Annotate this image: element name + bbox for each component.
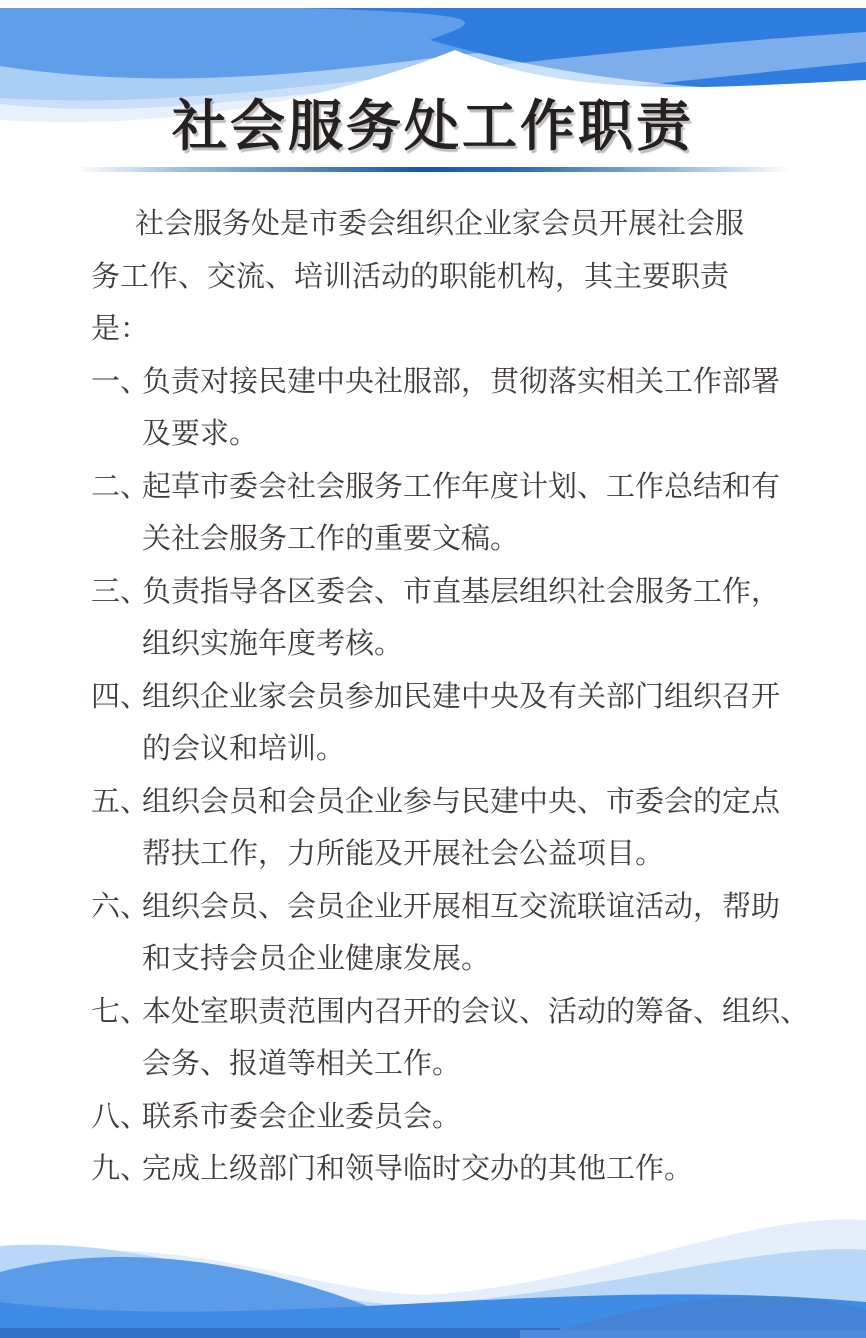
duty-item: 二、 起草市委会社会服务工作年度计划、工作总结和有 关社会服务工作的重要文稿。 <box>91 461 838 566</box>
title-divider <box>75 167 791 172</box>
duty-item-marker: 九、 <box>91 1143 149 1196</box>
duty-item: 九、 完成上级部门和领导临时交办的其他工作。 <box>91 1143 838 1196</box>
duty-item: 四、 组织企业家会员参加民建中央及有关部门组织召开 的会议和培训。 <box>91 671 838 776</box>
duty-item: 六、 组织会员、会员企业开展相互交流联谊活动，帮助 和支持会员企业健康发展。 <box>91 881 838 986</box>
duty-item-marker: 四、 <box>91 671 149 724</box>
duty-item-marker: 七、 <box>91 986 149 1039</box>
duty-item-text: 组织会员和会员企业参与民建中央、市委会的定点 帮扶工作，力所能及开展社会公益项目… <box>142 786 780 871</box>
duty-item-text: 组织企业家会员参加民建中央及有关部门组织召开 的会议和培训。 <box>142 681 780 766</box>
duty-item-text: 联系市委会企业委员会。 <box>142 1101 461 1133</box>
intro-paragraph: 社会服务处是市委会组织企业家会员开展社会服 务工作、交流、培训活动的职能机构，其… <box>91 198 838 356</box>
duty-item-marker: 八、 <box>91 1091 149 1144</box>
duty-poster-page: 社会服务处工作职责 社会服务处是市委会组织企业家会员开展社会服 务工作、交流、培… <box>0 0 866 1338</box>
duty-item-text: 起草市委会社会服务工作年度计划、工作总结和有 关社会服务工作的重要文稿。 <box>142 471 780 556</box>
duty-item: 五、 组织会员和会员企业参与民建中央、市委会的定点 帮扶工作，力所能及开展社会公… <box>91 776 838 881</box>
duty-item: 三、 负责指导各区委会、市直基层组织社会服务工作， 组织实施年度考核。 <box>91 566 838 671</box>
duty-item-text: 负责对接民建中央社服部，贯彻落实相关工作部署 及要求。 <box>142 366 780 451</box>
duty-item-text: 本处室职责范围内召开的会议、活动的筹备、组织、 会务、报道等相关工作。 <box>142 996 809 1081</box>
duty-item: 八、 联系市委会企业委员会。 <box>91 1091 838 1144</box>
duty-item-marker: 三、 <box>91 566 149 619</box>
duty-item-marker: 一、 <box>91 356 149 409</box>
duty-item: 一、 负责对接民建中央社服部，贯彻落实相关工作部署 及要求。 <box>91 356 838 461</box>
duty-item-marker: 五、 <box>91 776 149 829</box>
duty-item-marker: 六、 <box>91 881 149 934</box>
duty-item: 七、 本处室职责范围内召开的会议、活动的筹备、组织、 会务、报道等相关工作。 <box>91 986 838 1091</box>
duty-item-marker: 二、 <box>91 461 149 514</box>
duty-list: 一、 负责对接民建中央社服部，贯彻落实相关工作部署 及要求。 二、 起草市委会社… <box>91 356 838 1196</box>
duty-item-text: 负责指导各区委会、市直基层组织社会服务工作， 组织实施年度考核。 <box>142 576 780 661</box>
footer-wave-decoration <box>0 1180 866 1338</box>
duty-item-text: 组织会员、会员企业开展相互交流联谊活动，帮助 和支持会员企业健康发展。 <box>142 891 780 976</box>
duty-item-text: 完成上级部门和领导临时交办的其他工作。 <box>142 1153 693 1185</box>
content-area: 社会服务处是市委会组织企业家会员开展社会服 务工作、交流、培训活动的职能机构，其… <box>0 198 866 1196</box>
page-title: 社会服务处工作职责 <box>0 0 866 155</box>
